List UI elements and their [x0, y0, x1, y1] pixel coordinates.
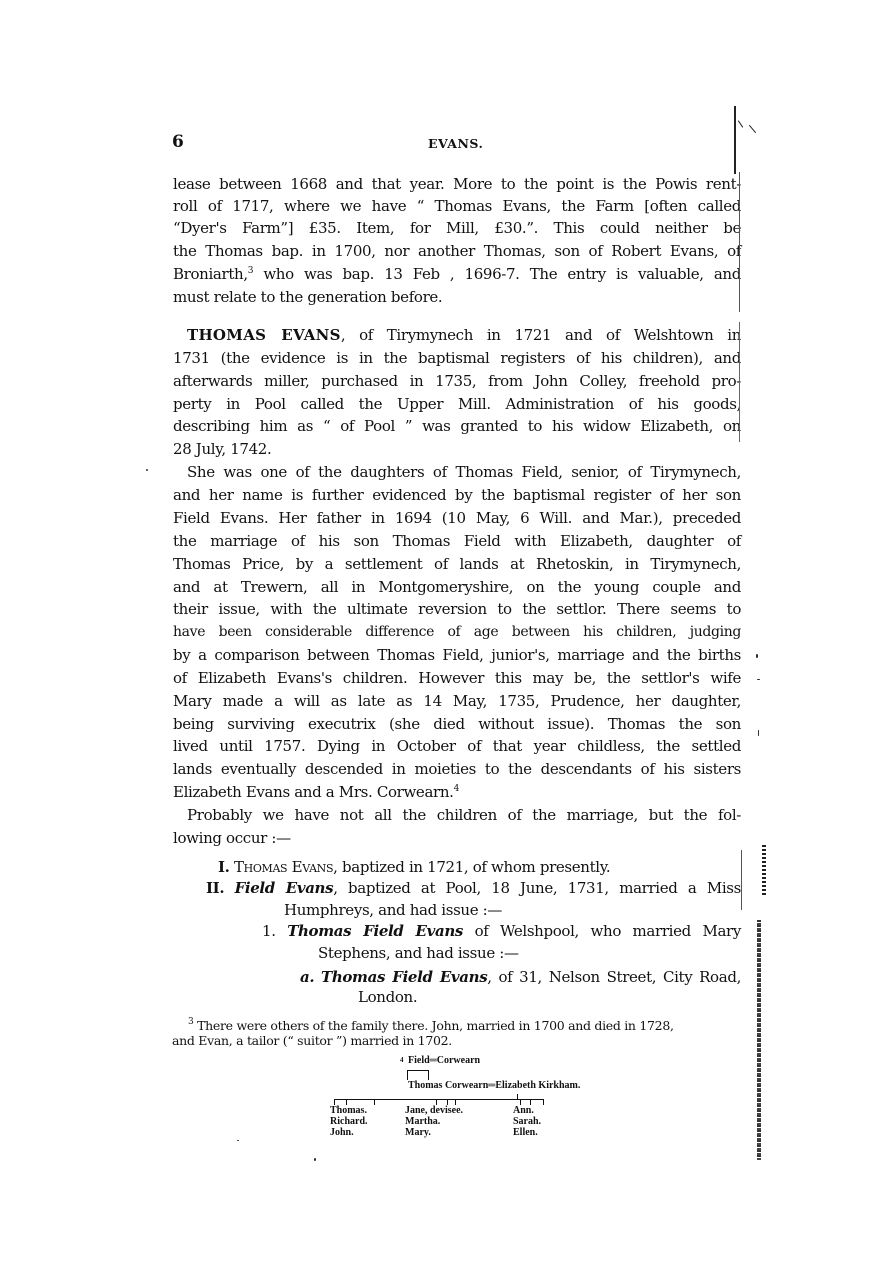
page-edge-mark [739, 322, 740, 442]
scan-speck [146, 469, 148, 471]
page-edge-mark [739, 172, 740, 312]
text-line: Elizabeth Evans and a Mrs. Corwearn.4 [173, 781, 741, 803]
text-line: their issue, with the ultimate reversion… [173, 598, 741, 620]
grandchild-entry: 1. Thomas Field Evans of Welshpool, who … [262, 920, 741, 942]
child-entry: I. Thomas Evans, baptized in 1721, of wh… [218, 856, 738, 878]
child-entry-continuation: Humphreys, and had issue :— [284, 899, 734, 921]
text-line: lowing occur :— [173, 827, 741, 849]
text-line: the Thomas bap. in 1700, nor another Tho… [173, 240, 741, 262]
great-grandchild-entry-continuation: London. [358, 986, 738, 1008]
great-grandchild-entry: a. Thomas Field Evans, of 31, Nelson Str… [300, 966, 741, 988]
book-page: 6 EVANS. lease between 1668 and that yea… [0, 0, 893, 1263]
torn-margin [762, 845, 766, 895]
scan-speck [758, 730, 759, 736]
text-line: and at Trewern, all in Montgomeryshire, … [173, 576, 741, 598]
page-edge-mark [738, 120, 743, 127]
scan-speck [237, 1140, 239, 1141]
pedigree-connector [374, 1099, 375, 1105]
text-line: Broniarth,3 who was bap. 13 Feb , 1696-7… [173, 263, 741, 285]
pedigree-connector [407, 1070, 429, 1071]
pedigree-connector [543, 1099, 544, 1105]
text-line: roll of 1717, where we have “ Thomas Eva… [173, 195, 741, 217]
pedigree-second-couple: Thomas Corwearn═Elizabeth Kirkham. [408, 1080, 580, 1091]
text-line: afterwards miller, purchased in 1735, fr… [173, 370, 741, 392]
text-line: describing him as “ of Pool ” was grante… [173, 415, 741, 437]
grandchild-name: Thomas Field Evans [287, 922, 463, 940]
scan-speck [314, 1158, 316, 1161]
great-grandchild-name: Thomas Field Evans [321, 968, 487, 986]
text-line: 28 July, 1742. [173, 438, 741, 460]
entry-heading: THOMAS EVANS [187, 326, 341, 344]
scan-speck [756, 654, 758, 658]
text-line: and her name is further evidenced by the… [173, 484, 741, 506]
pedigree-children-col2: Jane, devisee. Martha. Mary. [405, 1105, 463, 1138]
grandchild-entry-continuation: Stephens, and had issue :— [318, 942, 738, 964]
running-title: EVANS. [428, 136, 483, 151]
text-line: of Elizabeth Evans's children. However t… [173, 667, 741, 689]
text-line: THOMAS EVANS, of Tirymynech in 1721 and … [187, 324, 741, 346]
text-line: 1731 (the evidence is in the baptismal r… [173, 347, 741, 369]
text-line: must relate to the generation before. [173, 286, 741, 308]
pedigree-children-col3: Ann. Sarah. Ellen. [513, 1105, 541, 1138]
child-name: Thomas Evans [234, 858, 333, 876]
child-name: Field Evans [235, 879, 334, 897]
text-line: perty in Pool called the Upper Mill. Adm… [173, 393, 741, 415]
text-line: Probably we have not all the children of… [187, 804, 741, 826]
text-line: Thomas Price, by a settlement of lands a… [173, 553, 741, 575]
text-line: have been considerable difference of age… [173, 621, 741, 643]
pedigree-top-couple: Field═Corwearn [408, 1055, 480, 1066]
pedigree-sibling-bar [334, 1099, 544, 1100]
text-line: Mary made a will as late as 14 May, 1735… [173, 690, 741, 712]
text-line: the marriage of his son Thomas Field wit… [173, 530, 741, 552]
text-line: Field Evans. Her father in 1694 (10 May,… [173, 507, 741, 529]
text-line: lease between 1668 and that year. More t… [173, 173, 741, 195]
pedigree-children-col1: Thomas. Richard. John. [330, 1105, 368, 1138]
text-line: She was one of the daughters of Thomas F… [187, 461, 741, 483]
footnote-ref[interactable]: 4 [454, 784, 459, 794]
footnote-line: and Evan, a tailor (“ suitor ”) married … [172, 1033, 742, 1049]
page-edge-mark [749, 125, 756, 133]
torn-margin [757, 920, 761, 1160]
footnote-line: 3 There were others of the family there.… [188, 1018, 743, 1034]
page-edge-mark [734, 106, 736, 174]
text-line: by a comparison between Thomas Field, ju… [173, 644, 741, 666]
text-line: being surviving executrix (she died with… [173, 713, 741, 735]
pedigree-connector [428, 1070, 429, 1080]
page-edge-mark [741, 850, 742, 910]
text-line: “Dyer's Farm”] £35. Item, for Mill, £30.… [173, 217, 741, 239]
child-entry: II. Field Evans, baptized at Pool, 18 Ju… [206, 877, 741, 899]
scan-speck [757, 679, 760, 680]
text-line: lived until 1757. Dying in October of th… [173, 735, 741, 757]
page-number: 6 [172, 132, 184, 152]
text-line: lands eventually descended in moieties t… [173, 758, 741, 780]
pedigree-connector [407, 1070, 408, 1080]
